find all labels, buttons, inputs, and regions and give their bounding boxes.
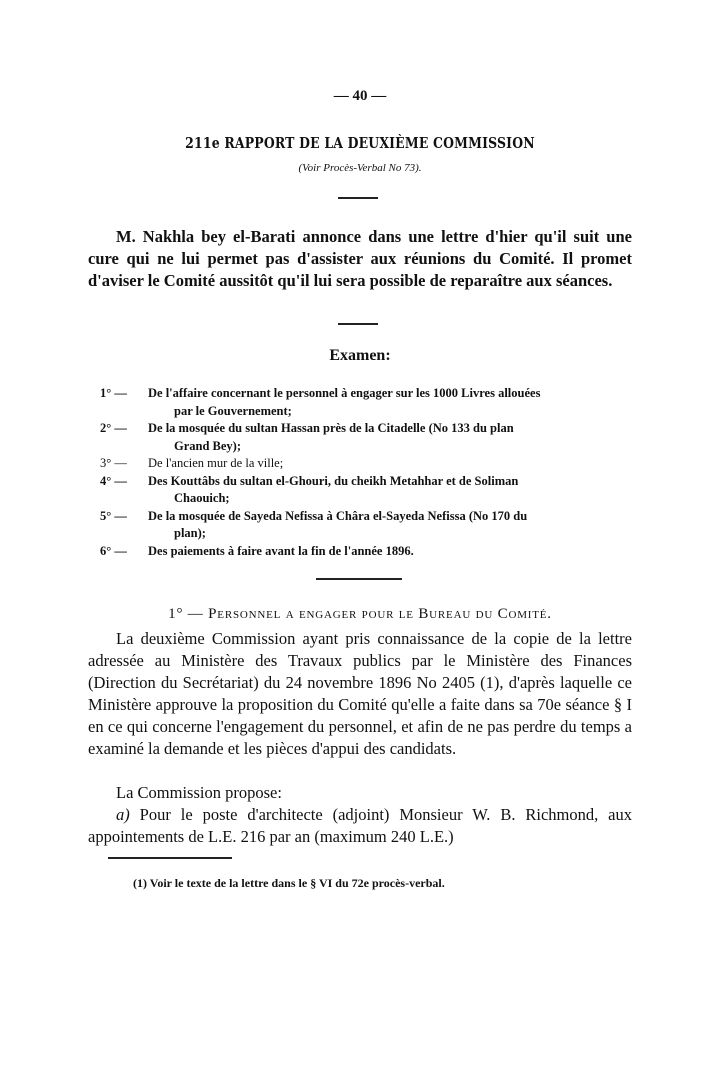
footnote: (1) Voir le texte de la lettre dans le §…	[133, 876, 445, 891]
item-continuation: Grand Bey);	[148, 438, 612, 456]
examen-list: 1° — De l'affaire concernant le personne…	[100, 385, 612, 560]
section-paragraph: La deuxième Commission ayant pris connai…	[88, 628, 632, 760]
section-paragraph: a) Pour le poste d'architecte (adjoint) …	[88, 804, 632, 848]
item-number: 3° —	[100, 455, 148, 473]
intro-paragraph: M. Nakhla bey el-Barati annonce dans une…	[88, 226, 632, 292]
item-number: 2° —	[100, 420, 148, 455]
list-item: 4° — Des Kouttâbs du sultan el-Ghouri, d…	[100, 473, 612, 508]
item-label: a)	[116, 805, 130, 824]
list-item: 5° — De la mosquée de Sayeda Nefissa à C…	[100, 508, 612, 543]
item-text: Des Kouttâbs du sultan el-Ghouri, du che…	[148, 474, 518, 488]
report-title: 211e RAPPORT DE LA DEUXIÈME COMMISSION	[50, 135, 669, 152]
item-continuation: par le Gouvernement;	[148, 403, 612, 421]
list-item: 1° — De l'affaire concernant le personne…	[100, 385, 612, 420]
examen-heading: Examen:	[0, 347, 720, 365]
item-number: 4° —	[100, 473, 148, 508]
document-page: — 40 — 211e RAPPORT DE LA DEUXIÈME COMMI…	[0, 0, 720, 1082]
item-text: De la mosquée du sultan Hassan près de l…	[148, 421, 514, 435]
section-title: 1° — Personnel a engager pour le Bureau …	[0, 606, 720, 623]
page-number: — 40 —	[0, 88, 720, 105]
item-continuation: Chaouich;	[148, 490, 612, 508]
section-paragraph-text: La Commission propose:	[116, 783, 282, 802]
item-number: 6° —	[100, 543, 148, 561]
divider	[316, 578, 402, 580]
divider	[338, 323, 378, 325]
divider	[338, 197, 378, 199]
list-item: 2° — De la mosquée du sultan Hassan près…	[100, 420, 612, 455]
item-text: De l'ancien mur de la ville;	[148, 456, 283, 470]
intro-text: M. Nakhla bey el-Barati annonce dans une…	[88, 227, 632, 290]
list-item: 6° — Des paiements à faire avant la fin …	[100, 543, 612, 561]
report-subtitle: (Voir Procès-Verbal No 73).	[0, 162, 720, 174]
list-item: 3° — De l'ancien mur de la ville;	[100, 455, 612, 473]
item-text: De la mosquée de Sayeda Nefissa à Châra …	[148, 509, 527, 523]
item-text: De l'affaire concernant le personnel à e…	[148, 386, 540, 400]
item-text: Des paiements à faire avant la fin de l'…	[148, 544, 414, 558]
section-paragraph-text: Pour le poste d'architecte (adjoint) Mon…	[88, 805, 632, 846]
item-continuation: plan);	[148, 525, 612, 543]
footnote-rule	[108, 857, 232, 859]
item-number: 1° —	[100, 385, 148, 420]
item-number: 5° —	[100, 508, 148, 543]
section-paragraph-text: La deuxième Commission ayant pris connai…	[88, 629, 632, 758]
section-paragraph: La Commission propose:	[88, 782, 632, 804]
